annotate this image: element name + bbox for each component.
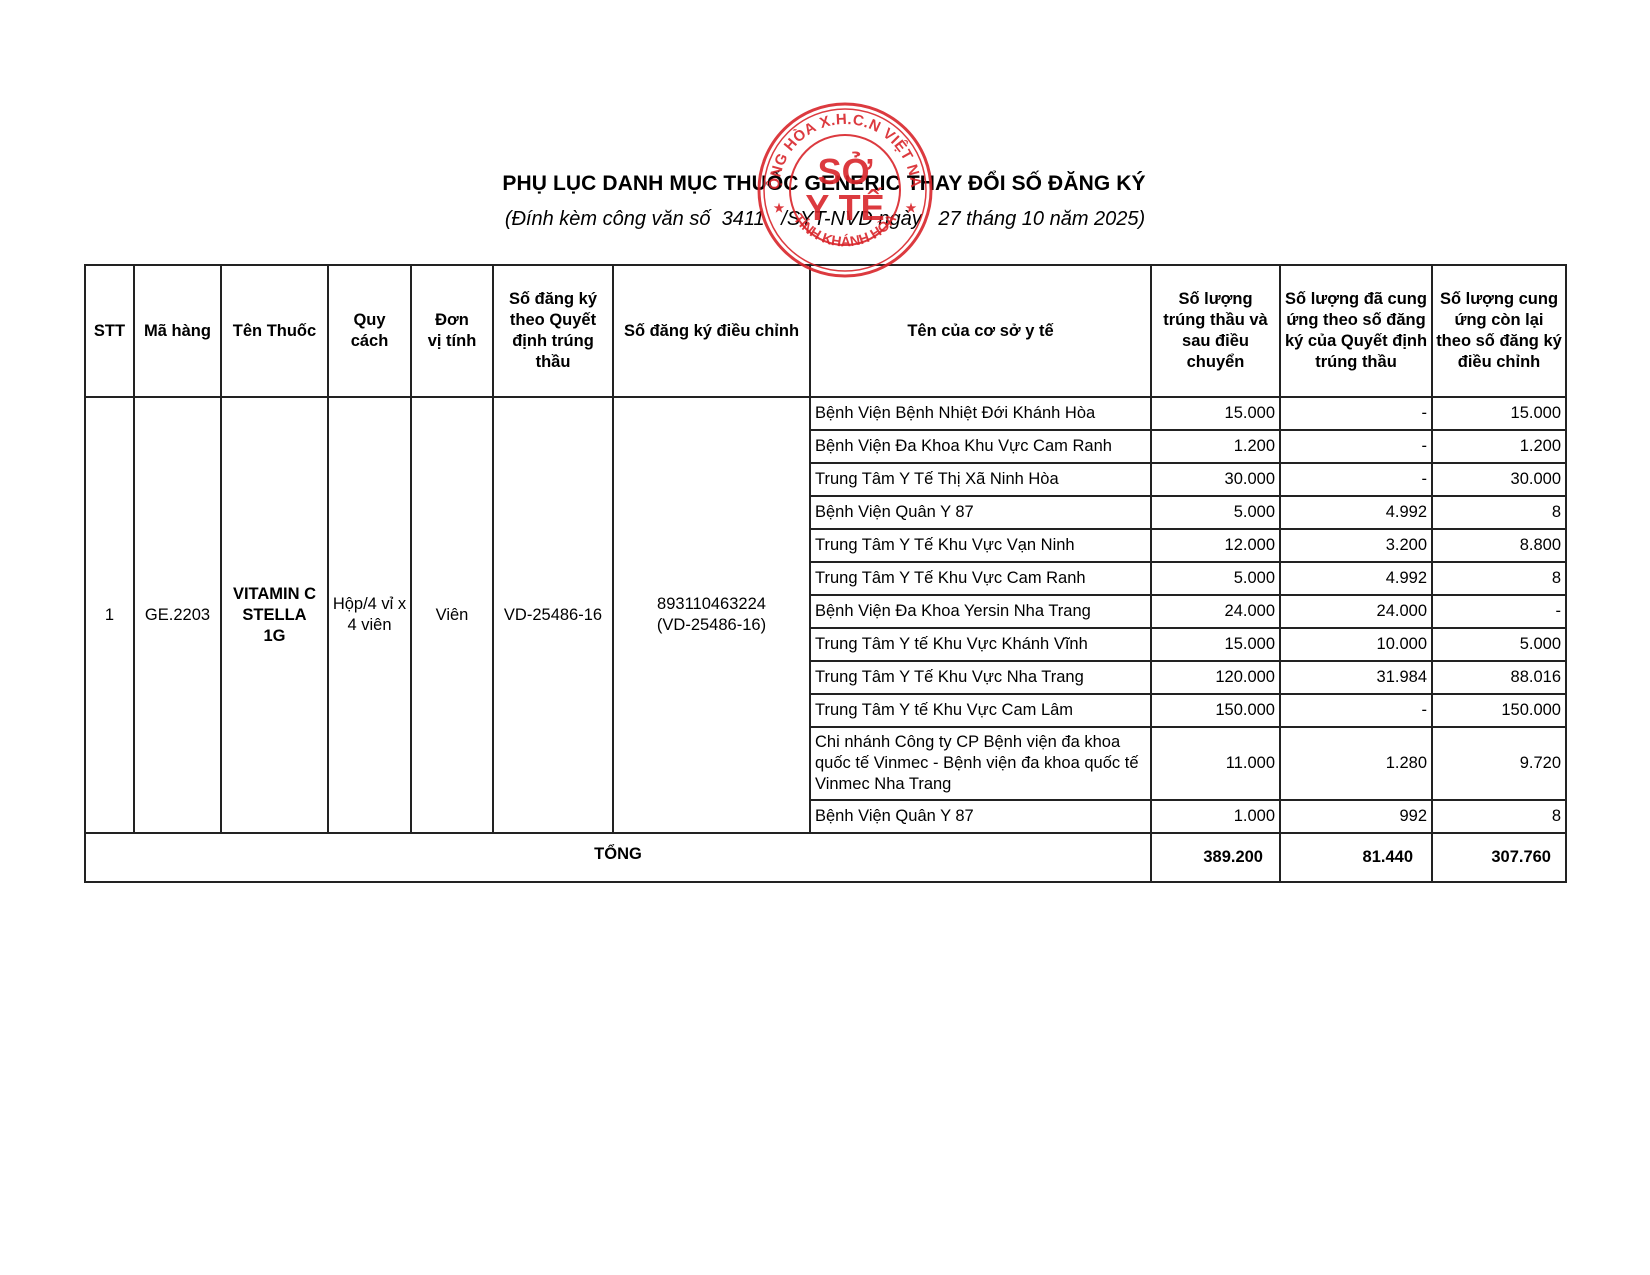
col-header-supplied: Số lượng đã cung ứng theo số đăng ký của… [1280, 265, 1432, 397]
cell-remaining: 1.200 [1432, 430, 1566, 463]
cell-awarded: 24.000 [1151, 595, 1280, 628]
cell-remaining: 150.000 [1432, 694, 1566, 727]
cell-supplied: 992 [1280, 800, 1432, 833]
total-supplied: 81.440 [1280, 833, 1432, 882]
cell-drug-name: VITAMIN C STELLA 1G [221, 397, 328, 833]
cell-facility: Bệnh Viện Bệnh Nhiệt Đới Khánh Hòa [810, 397, 1151, 430]
table-body: 1GE.2203VITAMIN C STELLA 1GHộp/4 vỉ x 4 … [85, 397, 1566, 882]
cell-awarded: 5.000 [1151, 496, 1280, 529]
cell-facility: Bệnh Viện Đa Khoa Yersin Nha Trang [810, 595, 1151, 628]
cell-awarded: 30.000 [1151, 463, 1280, 496]
cell-remaining: 8 [1432, 496, 1566, 529]
col-header-facility: Tên của cơ sở y tế [810, 265, 1151, 397]
document-title: PHỤ LỤC DANH MỤC THUỐC GENERIC THAY ĐỔI … [0, 172, 1650, 196]
cell-facility: Chi nhánh Công ty CP Bệnh viện đa khoa q… [810, 727, 1151, 800]
cell-supplied: - [1280, 694, 1432, 727]
cell-remaining: 8 [1432, 562, 1566, 595]
cell-supplied: 10.000 [1280, 628, 1432, 661]
cell-supplied: 31.984 [1280, 661, 1432, 694]
cell-awarded: 15.000 [1151, 397, 1280, 430]
cell-supplied: - [1280, 430, 1432, 463]
document-subtitle: (Đính kèm công văn số 3411 /SYT-NVD ngày… [0, 208, 1650, 231]
cell-facility: Bệnh Viện Quân Y 87 [810, 496, 1151, 529]
cell-reg-adjusted: 893110463224 (VD-25486-16) [613, 397, 810, 833]
cell-remaining: 88.016 [1432, 661, 1566, 694]
cell-remaining: 5.000 [1432, 628, 1566, 661]
cell-stt: 1 [85, 397, 134, 833]
cell-supplied: - [1280, 397, 1432, 430]
total-awarded: 389.200 [1151, 833, 1280, 882]
cell-remaining: - [1432, 595, 1566, 628]
cell-awarded: 11.000 [1151, 727, 1280, 800]
col-header-reg-adjusted: Số đăng ký điều chỉnh [613, 265, 810, 397]
cell-facility: Trung Tâm Y Tế Khu Vực Vạn Ninh [810, 529, 1151, 562]
cell-awarded: 120.000 [1151, 661, 1280, 694]
table-row: 1GE.2203VITAMIN C STELLA 1GHộp/4 vỉ x 4 … [85, 397, 1566, 430]
cell-supplied: 4.992 [1280, 496, 1432, 529]
cell-supplied: 24.000 [1280, 595, 1432, 628]
cell-supplied: 3.200 [1280, 529, 1432, 562]
cell-unit: Viên [411, 397, 493, 833]
col-header-unit: Đơn vị tính [411, 265, 493, 397]
col-header-reg-original: Số đăng ký theo Quyết định trúng thầu [493, 265, 613, 397]
cell-facility: Bệnh Viện Đa Khoa Khu Vực Cam Ranh [810, 430, 1151, 463]
cell-remaining: 30.000 [1432, 463, 1566, 496]
cell-remaining: 15.000 [1432, 397, 1566, 430]
col-header-remaining: Số lượng cung ứng còn lại theo số đăng k… [1432, 265, 1566, 397]
cell-facility: Trung Tâm Y tế Khu Vực Cam Lâm [810, 694, 1151, 727]
cell-facility: Trung Tâm Y tế Khu Vực Khánh Vĩnh [810, 628, 1151, 661]
cell-facility: Trung Tâm Y Tế Khu Vực Cam Ranh [810, 562, 1151, 595]
document-title-text: PHỤ LỤC DANH MỤC THUỐC GENERIC THAY ĐỔI … [502, 172, 1145, 195]
cell-code: GE.2203 [134, 397, 221, 833]
cell-remaining: 9.720 [1432, 727, 1566, 800]
cell-remaining: 8 [1432, 800, 1566, 833]
cell-supplied: - [1280, 463, 1432, 496]
col-header-code: Mã hàng [134, 265, 221, 397]
table-header-row: STT Mã hàng Tên Thuốc Quy cách Đơn vị tí… [85, 265, 1566, 397]
cell-supplied: 1.280 [1280, 727, 1432, 800]
cell-awarded: 150.000 [1151, 694, 1280, 727]
total-row: TỔNG389.20081.440307.760 [85, 833, 1566, 882]
col-header-stt: STT [85, 265, 134, 397]
cell-supplied: 4.992 [1280, 562, 1432, 595]
cell-reg-original: VD-25486-16 [493, 397, 613, 833]
col-header-packaging: Quy cách [328, 265, 411, 397]
total-remaining: 307.760 [1432, 833, 1566, 882]
cell-facility: Trung Tâm Y Tế Khu Vực Nha Trang [810, 661, 1151, 694]
col-header-drug-name: Tên Thuốc [221, 265, 328, 397]
document-subtitle-text: (Đính kèm công văn số 3411 /SYT-NVD ngày… [505, 208, 1145, 230]
cell-facility: Bệnh Viện Quân Y 87 [810, 800, 1151, 833]
total-label: TỔNG [85, 833, 1151, 882]
drug-registration-table: STT Mã hàng Tên Thuốc Quy cách Đơn vị tí… [84, 264, 1567, 883]
cell-remaining: 8.800 [1432, 529, 1566, 562]
col-header-awarded: Số lượng trúng thầu và sau điều chuyển [1151, 265, 1280, 397]
cell-awarded: 1.200 [1151, 430, 1280, 463]
cell-awarded: 12.000 [1151, 529, 1280, 562]
cell-packaging: Hộp/4 vỉ x 4 viên [328, 397, 411, 833]
cell-awarded: 5.000 [1151, 562, 1280, 595]
cell-awarded: 1.000 [1151, 800, 1280, 833]
cell-facility: Trung Tâm Y Tế Thị Xã Ninh Hòa [810, 463, 1151, 496]
cell-awarded: 15.000 [1151, 628, 1280, 661]
